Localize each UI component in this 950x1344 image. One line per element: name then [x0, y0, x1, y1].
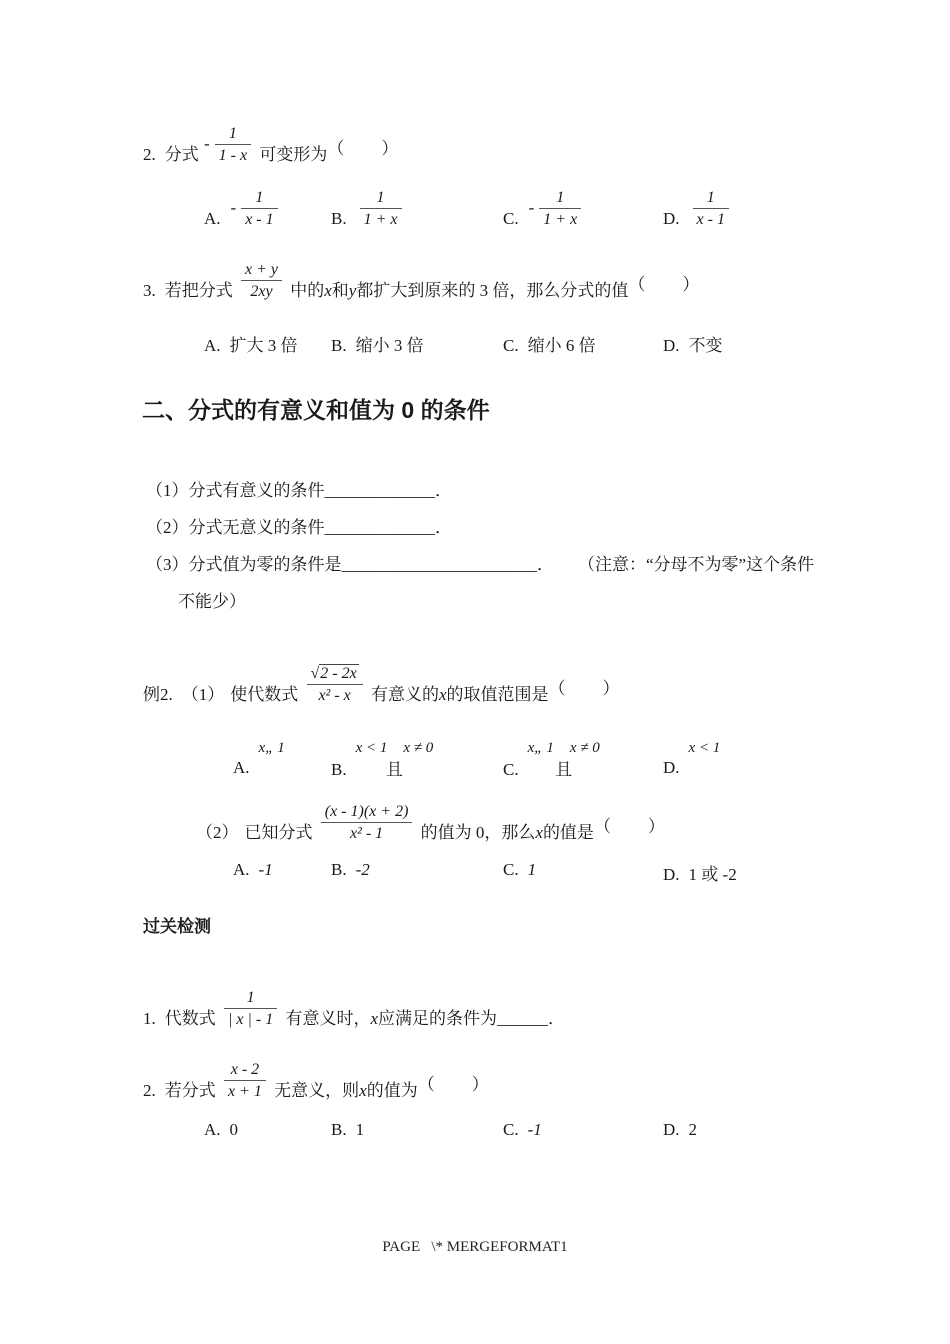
option-text: 1 或 -2 — [689, 865, 737, 884]
example-2-line: 例2.（1）使代数式 √2 - 2xx² - x 有意义的x的取值范围是（ ） — [143, 664, 621, 706]
answer-paren: （ ） — [549, 679, 621, 698]
option-text: -1 — [259, 860, 273, 879]
question-text: 应满足的条件为 — [378, 1009, 497, 1028]
option-letter: D. — [663, 1120, 680, 1139]
option-c: C.-1 — [503, 1120, 542, 1140]
fraction-numerator: 1 — [360, 188, 402, 208]
question-text: 若把分式 — [165, 281, 233, 300]
variable: x — [370, 1009, 378, 1028]
section-heading: 二、分式的有意义和值为 0 的条件 — [142, 392, 490, 425]
fraction-numerator: 1 — [539, 188, 581, 208]
check-question-1-line: 1.代数式 1| x | - 1 有意义时，x应满足的条件为______． — [143, 988, 565, 1030]
fraction-denominator: 1 + x — [360, 208, 402, 230]
option-text: 不变 — [689, 336, 723, 355]
fill-text: （1）分式有意义的条件 — [146, 481, 325, 500]
blank-underline: ______ — [497, 1009, 548, 1028]
fill-period: ． — [435, 518, 452, 537]
answer-paren: （ ） — [628, 275, 700, 294]
answer-paren: （ ） — [327, 139, 399, 158]
option-a: A.-1 — [233, 860, 273, 880]
sub-number: （2） — [196, 823, 239, 842]
option-c: C.-11 + x — [503, 188, 585, 230]
option-expression: x ≠ 0 — [570, 740, 600, 756]
blank-underline: _____________ — [325, 481, 436, 500]
option-letter: C. — [503, 336, 519, 355]
option-text: 0 — [230, 1120, 239, 1139]
example-2-options: A.x„ 1 B.x < 1x ≠ 0且 C.x„ 1x ≠ 0且 D.x < … — [0, 739, 950, 797]
question-number: 1. — [143, 1009, 156, 1028]
fraction-sign: - — [529, 198, 535, 217]
option-letter: C. — [503, 209, 519, 228]
example-2b-line: （2）已知分式 (x - 1)(x + 2)x² - 1 的值为 0，那么x的值… — [196, 802, 666, 844]
option-a: A.-1x - 1 — [204, 188, 282, 230]
option-letter: D. — [663, 209, 680, 228]
page-footer-field: PAGE \* MERGEFORMAT1 — [0, 1239, 950, 1256]
option-b: B.-2 — [331, 860, 370, 880]
option-letter: A. — [204, 336, 221, 355]
option-letter: A. — [233, 758, 250, 777]
square-root: √2 - 2x — [311, 664, 359, 682]
question-number: 2. — [143, 1081, 156, 1100]
fraction: 11 + x — [539, 188, 581, 230]
option-a: A.x„ 1 — [233, 758, 285, 778]
option-b: B.11 + x — [331, 188, 406, 230]
option-expression: x„ 1 — [528, 740, 554, 756]
fraction: x + y2xy — [241, 260, 282, 302]
option-b: B.x < 1x ≠ 0且 — [331, 739, 433, 781]
variable: x — [359, 1081, 367, 1100]
fraction-denominator: x + 1 — [224, 1080, 266, 1102]
option-letter: B. — [331, 209, 347, 228]
question-number: 2. — [143, 145, 156, 164]
question-3-line: 3.若把分式 x + y2xy 中的x和y都扩大到原来的 3 倍，那么分式的值（… — [143, 260, 700, 302]
option-text: 1 — [528, 860, 537, 879]
fraction-sign: - — [204, 134, 210, 153]
conjunction: 且 — [356, 759, 434, 781]
fraction: x - 2x + 1 — [224, 1060, 266, 1102]
fraction: √2 - 2xx² - x — [307, 664, 363, 706]
condition-row: x < 1x ≠ 0 — [356, 739, 434, 759]
question-text: 若分式 — [165, 1081, 216, 1100]
question-text: 中的 — [290, 281, 324, 300]
question-text: 无意义，则 — [274, 1081, 359, 1100]
option-c: C.1 — [503, 860, 536, 880]
option-letter: A. — [233, 860, 250, 879]
question-text: 使代数式 — [230, 685, 298, 704]
fraction: (x - 1)(x + 2)x² - 1 — [321, 802, 413, 844]
fill-text: （3）分式值为零的条件是 — [146, 555, 342, 574]
option-c: C.缩小 6 倍 — [503, 331, 596, 356]
option-letter: B. — [331, 1120, 347, 1139]
option-b: B.1 — [331, 1120, 364, 1140]
blank-underline: _______________________ — [342, 555, 538, 574]
answer-paren: （ ） — [594, 817, 666, 836]
fill-period: ． — [537, 555, 554, 574]
question-text: 和 — [332, 281, 349, 300]
example-2b-options: A.-1 B.-2 C.1 D.1 或 -2 — [0, 860, 950, 912]
option-letter: C. — [503, 760, 519, 779]
option-expression: x ≠ 0 — [403, 740, 433, 756]
option-letter: A. — [204, 1120, 221, 1139]
check-question-2-options: A.0 B.1 C.-1 D.2 — [0, 1120, 950, 1172]
fraction-numerator: 1 — [693, 188, 729, 208]
fraction: 1| x | - 1 — [224, 988, 277, 1030]
example-number: 例2. — [143, 685, 173, 704]
fraction-numerator: (x - 1)(x + 2) — [321, 802, 413, 822]
option-a: A.扩大 3 倍 — [204, 331, 298, 356]
variable: x — [324, 281, 332, 300]
fill-item-3-continued: 不能少） — [178, 587, 246, 612]
question-text: 的取值范围是 — [447, 685, 549, 704]
option-text: -2 — [356, 860, 370, 879]
question-text: 代数式 — [165, 1009, 216, 1028]
option-letter: B. — [331, 760, 347, 779]
fraction-denominator: 1 - x — [215, 144, 251, 166]
option-c: C.x„ 1x ≠ 0且 — [503, 739, 600, 781]
option-letter: A. — [204, 209, 221, 228]
fraction-denominator: | x | - 1 — [224, 1008, 277, 1030]
document-page: 2.分式 -11 - x 可变形为（ ） A.-1x - 1 B.11 + x … — [0, 0, 950, 1344]
fraction: 1x - 1 — [241, 188, 277, 230]
fraction-numerator: 1 — [224, 988, 277, 1008]
question-3-options: A.扩大 3 倍 B.缩小 3 倍 C.缩小 6 倍 D.不变 — [0, 331, 950, 383]
option-expression: x < 1 — [356, 740, 388, 756]
option-d: D.x < 1 — [663, 758, 720, 778]
option-text: 2 — [689, 1120, 698, 1139]
radical-sign: √ — [311, 665, 320, 682]
question-number: 3. — [143, 281, 156, 300]
option-expression: x„ 1 — [259, 740, 285, 756]
option-letter: B. — [331, 860, 347, 879]
option-text: 缩小 6 倍 — [528, 336, 596, 355]
option-letter: C. — [503, 860, 519, 879]
fraction-numerator: √2 - 2x — [307, 664, 363, 684]
fraction: 1x - 1 — [693, 188, 729, 230]
fill-note: （注意：“分母不为零”这个条件 — [578, 555, 814, 574]
option-letter: C. — [503, 1120, 519, 1139]
fraction-denominator: x² - 1 — [321, 822, 413, 844]
question-text: 有意义的 — [371, 685, 439, 704]
fraction-numerator: 1 — [241, 188, 277, 208]
condition-stack: x < 1x ≠ 0且 — [356, 739, 434, 781]
fraction-sign: - — [231, 198, 237, 217]
option-d: D.1x - 1 — [663, 188, 733, 230]
option-d: D.1 或 -2 — [663, 860, 737, 885]
fraction-denominator: 2xy — [241, 280, 282, 302]
fraction-denominator: x² - x — [307, 684, 363, 706]
option-text: 1 — [356, 1120, 365, 1139]
option-letter: D. — [663, 758, 680, 777]
option-text: 扩大 3 倍 — [230, 336, 298, 355]
question-text: 的值为 — [367, 1081, 418, 1100]
option-d: D.2 — [663, 1120, 697, 1140]
option-text: -1 — [528, 1120, 542, 1139]
question-text: 分式 — [165, 145, 199, 164]
fraction: 11 + x — [360, 188, 402, 230]
option-text: 缩小 3 倍 — [356, 336, 424, 355]
sub-number: （1） — [182, 685, 225, 704]
radicand: 2 - 2x — [319, 664, 358, 682]
checkpoint-heading: 过关检测 — [143, 912, 211, 937]
fraction-numerator: 1 — [215, 124, 251, 144]
condition-row: x„ 1x ≠ 0 — [528, 739, 600, 759]
fill-item-3: （3）分式值为零的条件是_______________________．（注意：… — [146, 550, 814, 575]
option-letter: D. — [663, 336, 680, 355]
blank-underline: _____________ — [325, 518, 436, 537]
fill-item-2: （2）分式无意义的条件_____________． — [146, 513, 452, 538]
option-a: A.0 — [204, 1120, 238, 1140]
option-d: D.不变 — [663, 331, 723, 356]
variable: x — [535, 823, 543, 842]
fill-period: ． — [548, 1009, 565, 1028]
fraction-numerator: x - 2 — [224, 1060, 266, 1080]
fill-item-1: （1）分式有意义的条件_____________． — [146, 476, 452, 501]
question-text: 的值是 — [543, 823, 594, 842]
condition-stack: x„ 1x ≠ 0且 — [528, 739, 600, 781]
fill-text: （2）分式无意义的条件 — [146, 518, 325, 537]
option-expression: x < 1 — [689, 740, 721, 756]
question-2-line: 2.分式 -11 - x 可变形为（ ） — [143, 124, 399, 166]
fraction-denominator: x - 1 — [241, 208, 277, 230]
option-letter: B. — [331, 336, 347, 355]
option-b: B.缩小 3 倍 — [331, 331, 424, 356]
check-question-2-line: 2.若分式 x - 2x + 1 无意义，则x的值为（ ） — [143, 1060, 490, 1102]
fraction-denominator: x - 1 — [693, 208, 729, 230]
question-text: 已知分式 — [245, 823, 313, 842]
fraction-numerator: x + y — [241, 260, 282, 280]
question-text: 有意义时， — [285, 1009, 370, 1028]
variable: x — [439, 685, 447, 704]
question-text: 的值为 0，那么 — [421, 823, 536, 842]
question-text: 都扩大到原来的 3 倍，那么分式的值 — [356, 281, 628, 300]
question-2-options: A.-1x - 1 B.11 + x C.-11 + x D.1x - 1 — [0, 188, 950, 240]
answer-paren: （ ） — [418, 1075, 490, 1094]
fraction-denominator: 1 + x — [539, 208, 581, 230]
fill-period: ． — [435, 481, 452, 500]
fraction: 11 - x — [215, 124, 251, 166]
question-text: 可变形为 — [259, 145, 327, 164]
option-letter: D. — [663, 865, 680, 884]
conjunction: 且 — [528, 759, 600, 781]
